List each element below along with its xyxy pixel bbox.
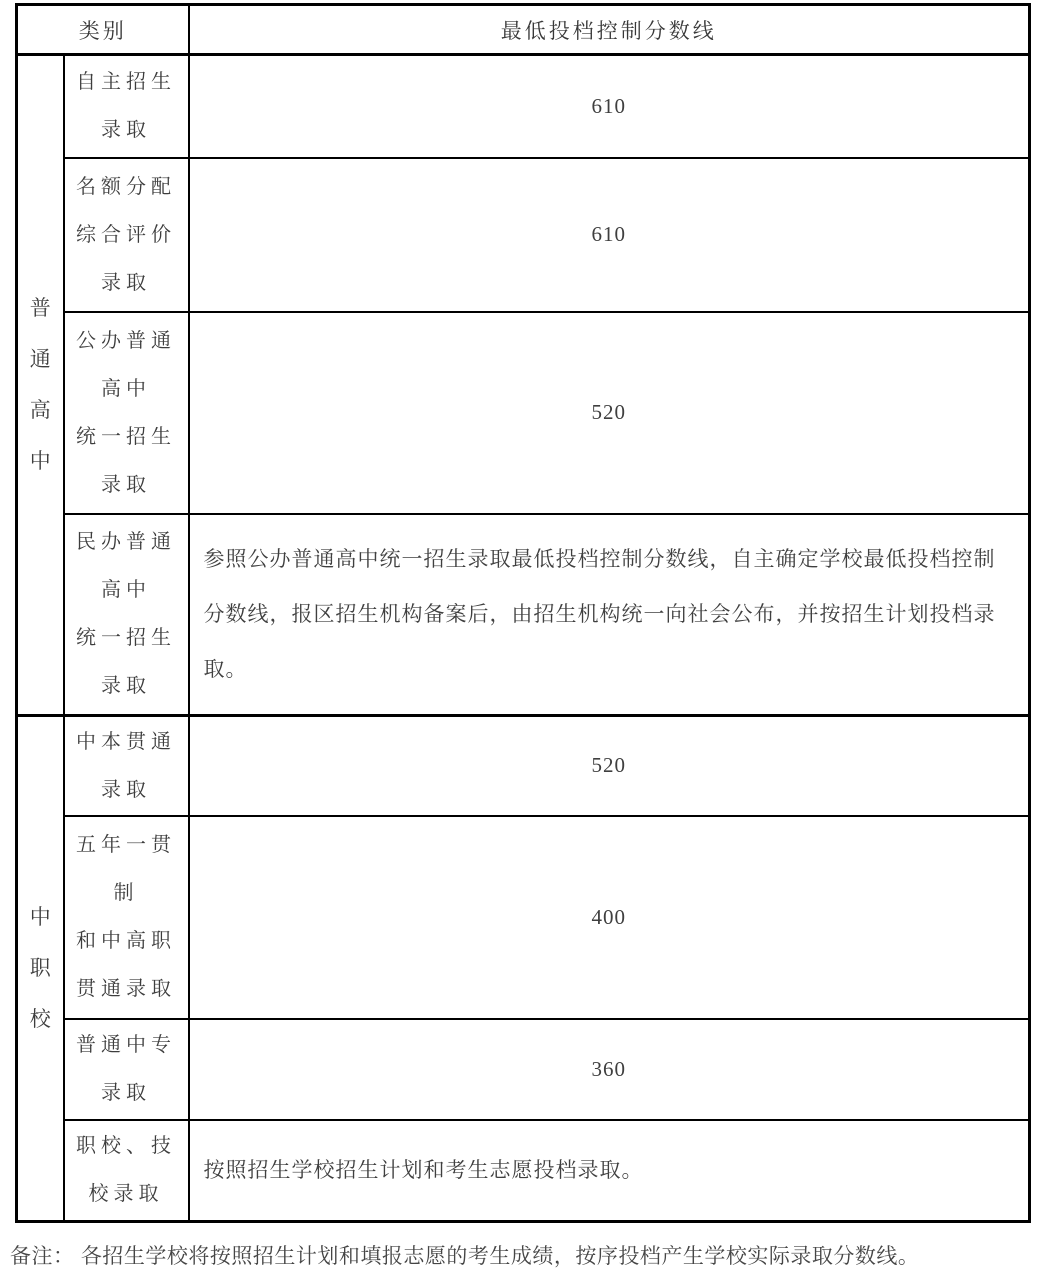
- score-line-table: 类别 最低投档控制分数线 普 通 高 中 自主招生 录取 610 名额分配 综合…: [15, 3, 1031, 1223]
- value-public-high-school: 520: [189, 312, 1030, 514]
- value-vocational-technical: 按照招生学校招生计划和考生志愿投档录取。: [189, 1120, 1030, 1222]
- label-regular-secondary: 普通中专 录取: [64, 1019, 189, 1120]
- value-quota-allocation: 610: [189, 158, 1030, 312]
- value-private-high-school: 参照公办普通高中统一招生录取最低投档控制分数线，自主确定学校最低投档控制分数线，…: [189, 514, 1030, 716]
- table-row: 公办普通 高中 统一招生 录取 520: [17, 312, 1030, 514]
- table-row: 中 职 校 中本贯通 录取 520: [17, 716, 1030, 816]
- value-regular-secondary: 360: [189, 1019, 1030, 1120]
- label-vocational-technical: 职校、技 校录取: [64, 1120, 189, 1222]
- page: 类别 最低投档控制分数线 普 通 高 中 自主招生 录取 610 名额分配 综合…: [0, 0, 1059, 1276]
- label-quota-allocation: 名额分配 综合评价 录取: [64, 158, 189, 312]
- note-text: 备注： 各招生学校将按照招生计划和填报志愿的考生成绩，按序投档产生学校实际录取分…: [10, 1240, 1050, 1270]
- table-row: 普通中专 录取 360: [17, 1019, 1030, 1120]
- value-zhongben-guantong: 520: [189, 716, 1030, 816]
- group-cell-secondary-vocational: 中 职 校: [17, 716, 64, 1222]
- header-category-cell: 类别: [17, 5, 189, 55]
- table-row: 名额分配 综合评价 录取 610: [17, 158, 1030, 312]
- table-row: 民办普通 高中 统一招生 录取 参照公办普通高中统一招生录取最低投档控制分数线，…: [17, 514, 1030, 716]
- label-zhongben-guantong: 中本贯通 录取: [64, 716, 189, 816]
- value-five-year-program: 400: [189, 816, 1030, 1019]
- table-row: 五年一贯 制 和中高职 贯通录取 400: [17, 816, 1030, 1019]
- table-row: 普 通 高 中 自主招生 录取 610: [17, 55, 1030, 158]
- table-header-row: 类别 最低投档控制分数线: [17, 5, 1030, 55]
- label-independent-admission: 自主招生 录取: [64, 55, 189, 158]
- label-private-high-school: 民办普通 高中 统一招生 录取: [64, 514, 189, 716]
- label-five-year-program: 五年一贯 制 和中高职 贯通录取: [64, 816, 189, 1019]
- group-cell-regular-high-school: 普 通 高 中: [17, 55, 64, 716]
- value-independent-admission: 610: [189, 55, 1030, 158]
- table-row: 职校、技 校录取 按照招生学校招生计划和考生志愿投档录取。: [17, 1120, 1030, 1222]
- header-scoreline-cell: 最低投档控制分数线: [189, 5, 1030, 55]
- label-public-high-school: 公办普通 高中 统一招生 录取: [64, 312, 189, 514]
